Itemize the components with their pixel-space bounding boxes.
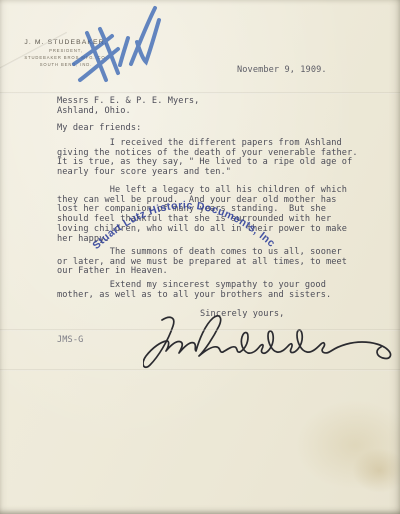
paper-stain-small — [352, 448, 400, 493]
letter-page: J. M. STUDEBAKER, PRESIDENT, STUDEBAKER … — [0, 0, 400, 514]
number-12-crayon-annotation — [60, 3, 172, 95]
dealer-stamp-text: Stuart Lutz Historic Documents, Inc — [90, 199, 277, 251]
date-line: November 9, 1909. — [237, 66, 327, 76]
paper-stain-large — [295, 400, 400, 490]
body-paragraph-1: I received the different papers from Ash… — [57, 139, 358, 178]
salutation: My dear friends: — [57, 124, 141, 134]
body-paragraph-4: Extend my sincerest sympathy to your goo… — [57, 281, 331, 300]
typist-initials: JMS-G — [57, 336, 83, 346]
recipient-address: Messrs F. E. & P. E. Myers, Ashland, Ohi… — [57, 97, 199, 116]
signature-stroke — [143, 316, 390, 367]
dealer-stamp: Stuart Lutz Historic Documents, Inc — [84, 188, 284, 258]
digit-1-stroke — [120, 38, 128, 65]
studebaker-signature — [143, 310, 399, 374]
